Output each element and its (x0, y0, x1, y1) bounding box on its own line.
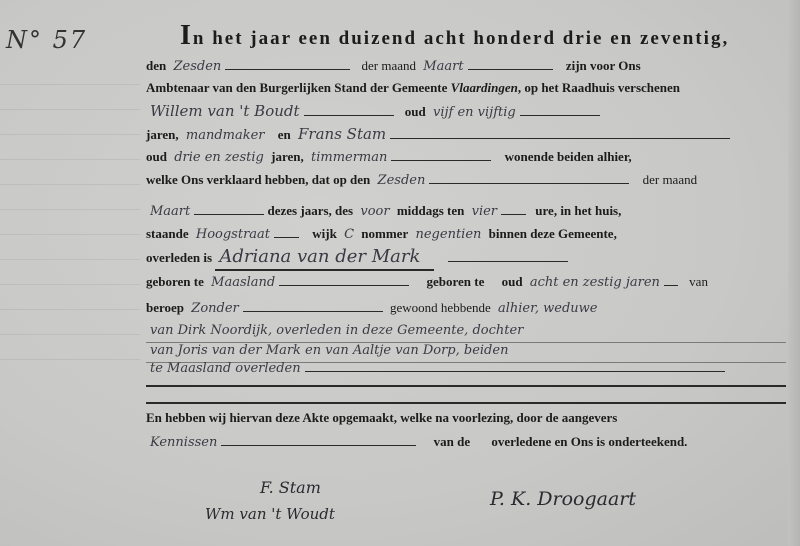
fill-line (664, 275, 678, 286)
fill-line (304, 105, 394, 116)
line-declaration: welke Ons verklaard hebben, dat op den Z… (146, 168, 796, 192)
handwritten-death-day: Zesden (374, 169, 430, 193)
label-der-maand: der maand (362, 54, 417, 78)
label-en: en (278, 123, 291, 147)
label-zijn-voor-ons: zijn voor Ons (566, 54, 641, 78)
label-geboren-te: geboren te (146, 270, 204, 294)
fill-line (194, 204, 264, 215)
label-dezes-jaars: dezes jaars, des (268, 199, 354, 223)
label-overledene: overledene en Ons is onderteekend. (491, 430, 687, 454)
record-number: N° 57 (6, 26, 87, 54)
signature-declarant1: Wm van 't Woudt (205, 505, 335, 523)
fill-line (305, 361, 725, 372)
handwritten-street: Hoogstraat (192, 223, 274, 247)
handwritten-ante-post: voor (356, 200, 393, 224)
label-staande: staande (146, 222, 189, 246)
fill-line (243, 301, 383, 312)
handwritten-house-number: negentien (411, 223, 485, 247)
label-wijk: wijk (312, 222, 337, 246)
label-nommer: nommer (361, 222, 408, 246)
label-middags: middags ten (397, 199, 465, 223)
line-birthplace: geboren te Maasland geboren te oud acht … (146, 270, 796, 294)
line-official: Ambtenaar van den Burgerlijken Stand der… (146, 76, 796, 100)
handwritten-hour: vier (468, 200, 501, 224)
title-line: In het jaar een duizend acht honderd dri… (180, 24, 795, 48)
fill-line (225, 59, 350, 70)
label-beroep: beroep (146, 296, 184, 320)
label-jaren: jaren, (146, 123, 179, 147)
label-der-maand: der maand (643, 168, 698, 192)
label-jaren: jaren, (271, 145, 304, 169)
blank-rule (146, 385, 786, 387)
handwritten-relation: Kennissen (146, 431, 221, 455)
handwritten-parents-place: te Maasland overleden (146, 357, 305, 381)
fill-line (390, 128, 730, 139)
handwritten-birthplace: Maasland (207, 271, 279, 295)
municipality-name: Vlaardingen (451, 76, 518, 100)
bleed-through-lines (0, 60, 140, 410)
initial-letter: I (180, 20, 193, 51)
fill-line (221, 435, 416, 446)
civil-record-page: N° 57 In het jaar een duizend acht honde… (0, 0, 800, 546)
handwritten-declarant1-name: Willem van 't Boudt (146, 99, 304, 123)
line-parents-place: te Maasland overleden (146, 356, 786, 380)
label-ambtenaar: Ambtenaar van den Burgerlijken Stand der… (146, 76, 447, 100)
title-text: n het jaar een duizend acht honderd drie… (193, 28, 729, 49)
fill-line (448, 251, 568, 262)
label-den: den (146, 54, 166, 78)
handwritten-declarant2-occupation: timmerman (307, 146, 391, 170)
label-van: van (689, 270, 708, 294)
label-oud: oud (502, 270, 523, 294)
label-raadhuis: , op het Raadhuis verschenen (518, 76, 680, 100)
signature-registrar: P. K. Droogaart (490, 488, 636, 510)
label-oud: oud (146, 145, 167, 169)
fill-line (520, 105, 600, 116)
line-declarant2: oud drie en zestig jaren, timmerman wone… (146, 145, 796, 169)
fill-line (274, 227, 299, 238)
line-signature-statement: Kennissen van de overledene en Ons is on… (146, 430, 796, 454)
line-declarant1-occupation: jaren, mandmaker en Frans Stam (146, 122, 796, 146)
fill-line (468, 59, 553, 70)
label-oud: geboren te (426, 270, 484, 294)
fill-line (429, 173, 629, 184)
label-verklaard: welke Ons verklaard hebben, dat op den (146, 168, 370, 192)
handwritten-wijk: C (340, 223, 358, 247)
line-address: staande Hoogstraat wijk C nommer negenti… (146, 222, 796, 246)
line-time: Maart dezes jaars, des voor middags ten … (146, 199, 796, 223)
handwritten-declarant2-name: Frans Stam (294, 122, 390, 146)
label-ure: ure, in het huis, (535, 199, 621, 223)
line-deceased: overleden is Adriana van der Mark (146, 245, 796, 269)
line-closing: En hebben wij hiervan deze Akte opgemaak… (146, 406, 796, 430)
fill-line (501, 204, 526, 215)
handwritten-deceased-age: acht en zestig jaren (526, 271, 664, 295)
fill-line (279, 275, 409, 286)
label-wonende: wonende beiden alhier, (505, 145, 632, 169)
label-overleden-is: overleden is (146, 246, 212, 270)
label-closing-statement: En hebben wij hiervan deze Akte opgemaak… (146, 406, 617, 430)
line-date: den Zesden der maand Maart zijn voor Ons (146, 54, 796, 78)
handwritten-declarant2-age: drie en zestig (170, 146, 268, 170)
handwritten-death-month: Maart (146, 200, 194, 224)
label-gewoond-hebbende: gewoond hebbende (390, 296, 491, 320)
handwritten-deceased-name: Adriana van der Mark (215, 245, 434, 271)
line-declarant1: Willem van 't Boudt oud vijf en vijftig (146, 99, 796, 123)
label-binnen: binnen deze Gemeente, (489, 222, 617, 246)
separator-rule (146, 402, 786, 404)
fill-line (391, 150, 491, 161)
label-oud: oud (405, 100, 426, 124)
line-occupation: beroep Zonder gewoond hebbende alhier, w… (146, 296, 796, 320)
label-van-de: van de (434, 430, 470, 454)
signature-declarant2: F. Stam (260, 478, 321, 497)
